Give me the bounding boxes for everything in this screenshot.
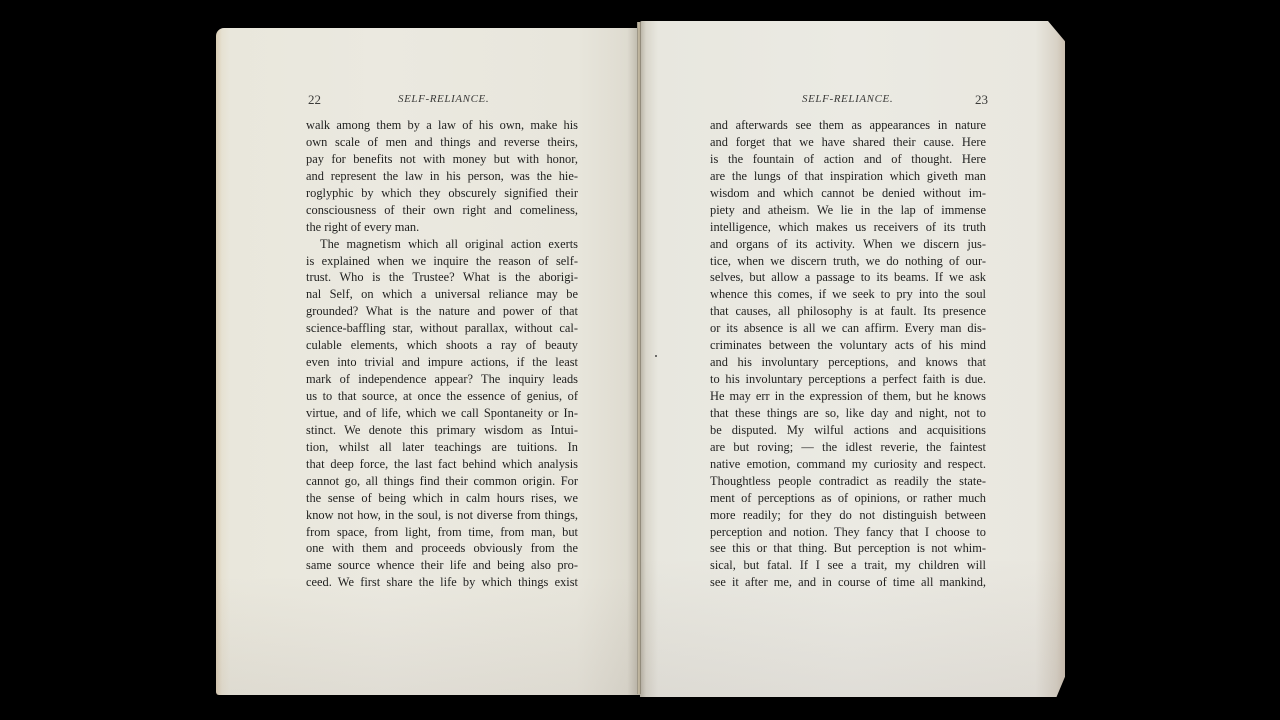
text-line: whence this comes, if we seek to pry int… (710, 286, 986, 303)
text-line: same source whence their life and being … (306, 557, 578, 574)
text-line: tice, when we discern truth, we do nothi… (710, 253, 986, 270)
text-line: science-baffling star, without parallax,… (306, 320, 578, 337)
text-line: more readily; for they do not distinguis… (710, 507, 986, 524)
text-line: virtue, and of life, which we call Spont… (306, 405, 578, 422)
book-gutter (637, 22, 641, 694)
right-running-head: SELF-RELIANCE. (802, 93, 893, 105)
text-line: and represent the law in his person, was… (306, 168, 578, 185)
text-line: mark of independence appear? The inquiry… (306, 371, 578, 388)
text-line: be disputed. My wilful actions and acqui… (710, 422, 986, 439)
text-line: stinct. We denote this primary wisdom as… (306, 422, 578, 439)
text-line: that causes, all philosophy is at fault.… (710, 303, 986, 320)
text-line: sical, but fatal. If I see a trait, my c… (710, 557, 986, 574)
text-line: and his involuntary perceptions, and kno… (710, 354, 986, 371)
text-line: ment of perceptions as of opinions, or r… (710, 490, 986, 507)
text-line: criminates between the voluntary acts of… (710, 337, 986, 354)
text-line: pay for benefits not with money but with… (306, 151, 578, 168)
text-line: perception and notion. They fancy that I… (710, 524, 986, 541)
text-line: even into trivial and impure actions, if… (306, 354, 578, 371)
text-line: consciousness of their own right and com… (306, 202, 578, 219)
left-page-header: 22 SELF-RELIANCE. (308, 92, 580, 110)
text-line: and afterwards see them as appearances i… (710, 117, 986, 134)
text-line: tion, whilst all later teachings are tui… (306, 439, 578, 456)
text-line: intelligence, which makes us receivers o… (710, 219, 986, 236)
text-line: ceed. We first share the life by which t… (306, 574, 578, 591)
open-book: 22 SELF-RELIANCE. SELF-RELIANCE. 23 walk… (0, 0, 1280, 720)
text-line: culable elements, which shoots a ray of … (306, 337, 578, 354)
text-line: that deep force, the last fact behind wh… (306, 456, 578, 473)
text-line: one with them and proceeds obviously fro… (306, 540, 578, 557)
paper-speck (655, 355, 657, 357)
text-line: is the fountain of action and of thought… (710, 151, 986, 168)
text-line: piety and atheism. We lie in the lap of … (710, 202, 986, 219)
text-line: us to that source, at once the essence o… (306, 388, 578, 405)
text-line: The magnetism which all original action … (306, 236, 578, 253)
text-line: from space, from light, from time, from … (306, 524, 578, 541)
text-line: that these things are so, like day and n… (710, 405, 986, 422)
text-line: or its absence is all we can affirm. Eve… (710, 320, 986, 337)
text-line: see it after me, and in course of time a… (710, 574, 986, 591)
text-line: is explained when we inquire the reason … (306, 253, 578, 270)
text-line: Thoughtless people contradict as readily… (710, 473, 986, 490)
text-line: trust. Who is the Trustee? What is the a… (306, 269, 578, 286)
text-line: roglyphic by which they obscurely signif… (306, 185, 578, 202)
left-page-number: 22 (308, 92, 321, 108)
text-line: walk among them by a law of his own, mak… (306, 117, 578, 134)
text-line: and forget that we have shared their cau… (710, 134, 986, 151)
text-line: and organs of its activity. When we disc… (710, 236, 986, 253)
text-line: own scale of men and things and reverse … (306, 134, 578, 151)
text-line: He may err in the expression of them, bu… (710, 388, 986, 405)
text-line: selves, but allow a passage to its beams… (710, 269, 986, 286)
text-line: grounded? What is the nature and power o… (306, 303, 578, 320)
text-line: wisdom and which cannot be denied withou… (710, 185, 986, 202)
left-page-body-text: walk among them by a law of his own, mak… (306, 117, 578, 591)
text-line: are the lungs of that inspiration which … (710, 168, 986, 185)
right-page-number: 23 (975, 92, 988, 108)
text-line: the sense of being which in calm hours r… (306, 490, 578, 507)
text-line: see this or that thing. But perception i… (710, 540, 986, 557)
text-line: cannot go, all things find their common … (306, 473, 578, 490)
right-page-body-text: and afterwards see them as appearances i… (710, 117, 986, 591)
text-line: the right of every man. (306, 219, 578, 236)
text-line: are but roving; — the idlest reverie, th… (710, 439, 986, 456)
text-line: nal Self, on which a universal reliance … (306, 286, 578, 303)
left-running-head: SELF-RELIANCE. (398, 93, 489, 105)
right-page-header: SELF-RELIANCE. 23 (710, 92, 988, 110)
text-line: to his involuntary perceptions a perfect… (710, 371, 986, 388)
text-line: native emotion, command my curiosity and… (710, 456, 986, 473)
text-line: know not how, in the soul, is not divers… (306, 507, 578, 524)
